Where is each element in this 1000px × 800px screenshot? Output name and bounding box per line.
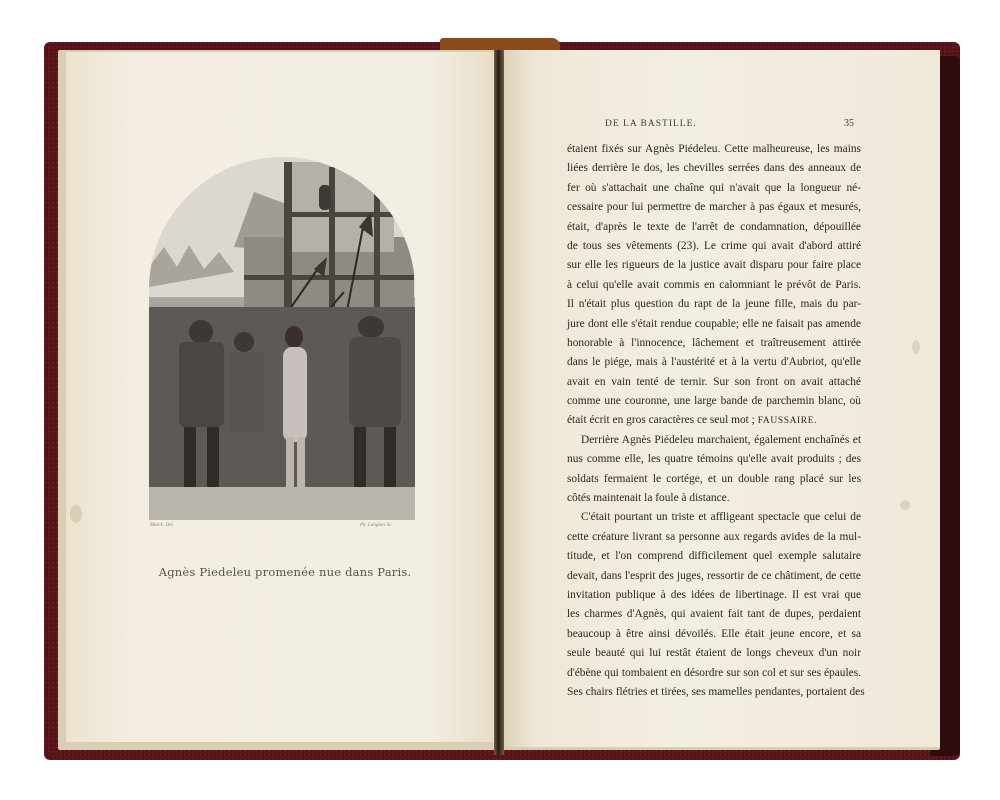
text-line: comme une couronne, une large bande de p… (567, 392, 861, 411)
text-line: liées derrière le dos, les chevilles ser… (567, 159, 861, 178)
foxing-spot (70, 505, 82, 523)
text-line: était, d'après le texte de l'arrêt de co… (567, 218, 861, 237)
text-line: sur elle les rigueurs de la justice avai… (567, 256, 861, 275)
text-line: titude, et l'on comprend difficilement q… (567, 547, 861, 566)
text-line-with-smallcaps: était écrit en gros caractères ce seul m… (567, 411, 861, 430)
text-line: cessaire pour lui permettre de marcher à… (567, 198, 861, 217)
text-line: à celui qu'elle avait commis en calomnia… (567, 276, 861, 295)
text-line: les charmes d'Agnès, qui avaient fait ta… (567, 605, 861, 624)
foxing-spot (912, 340, 920, 354)
running-head: DE LA BASTILLE. (605, 119, 697, 129)
text-line: était écrit en gros caractères ce seul m… (567, 414, 755, 426)
text-line: de tous ses vêtements (23). Le crime qui… (567, 237, 861, 256)
text-line: jure dont elle s'était rendue coupable; … (567, 315, 861, 334)
procession-engraving-icon (149, 157, 415, 520)
text-line: Derrière Agnès Piédeleu marchaient, égal… (567, 431, 861, 450)
engraving-illustration (149, 157, 415, 520)
page-number: 35 (844, 118, 854, 129)
text-line: beaucoup à être ainsi dévoilés. Elle éta… (567, 625, 861, 644)
text-line: cette créature livrant sa personne aux r… (567, 528, 861, 547)
smallcaps-word: FAUSSAIRE. (758, 416, 817, 426)
book-gutter (494, 50, 504, 755)
text-line: devait, dans l'esprit des juges, ressort… (567, 567, 861, 586)
text-line: d'ébène qui tombaient en désordre sur so… (567, 664, 861, 683)
body-text: étaient fixés sur Agnès Piédeleu. Cette … (567, 140, 861, 702)
text-line: honorable à l'innocence, lâchement et tr… (567, 334, 861, 353)
text-line: avait en vain tenté de ternir. Sur son f… (567, 373, 861, 392)
text-line: invitation publique à des idées de liber… (567, 586, 861, 605)
text-line: côtés maintenait la foule à distance. (567, 489, 861, 508)
foxing-spot (900, 500, 910, 510)
text-line: Ses chairs flétries et tirées, ses mamel… (567, 683, 861, 702)
text-line: dans le piége, mais à l'austérité et à l… (567, 353, 861, 372)
engraver-credit: Ph. Langlois Sc. (360, 523, 393, 528)
illustration-caption: Agnès Piedeleu promenée nue dans Paris. (140, 565, 430, 579)
text-line: C'était pourtant un triste et affligeant… (567, 508, 861, 527)
text-line: étaient fixés sur Agnès Piédeleu. Cette … (567, 140, 861, 159)
text-line: fer où s'attachait une chaîne qui n'avai… (567, 179, 861, 198)
text-line: seule beauté qui lui restât étaient de l… (567, 644, 861, 663)
text-line: soldats fermaient le cortége, et un doub… (567, 470, 861, 489)
text-line: Il n'était plus question du rapt de la j… (567, 295, 861, 314)
illustrator-credit: Marck. Del. (150, 523, 174, 528)
text-line: nus comme elle, les quatre témoins qu'el… (567, 450, 861, 469)
